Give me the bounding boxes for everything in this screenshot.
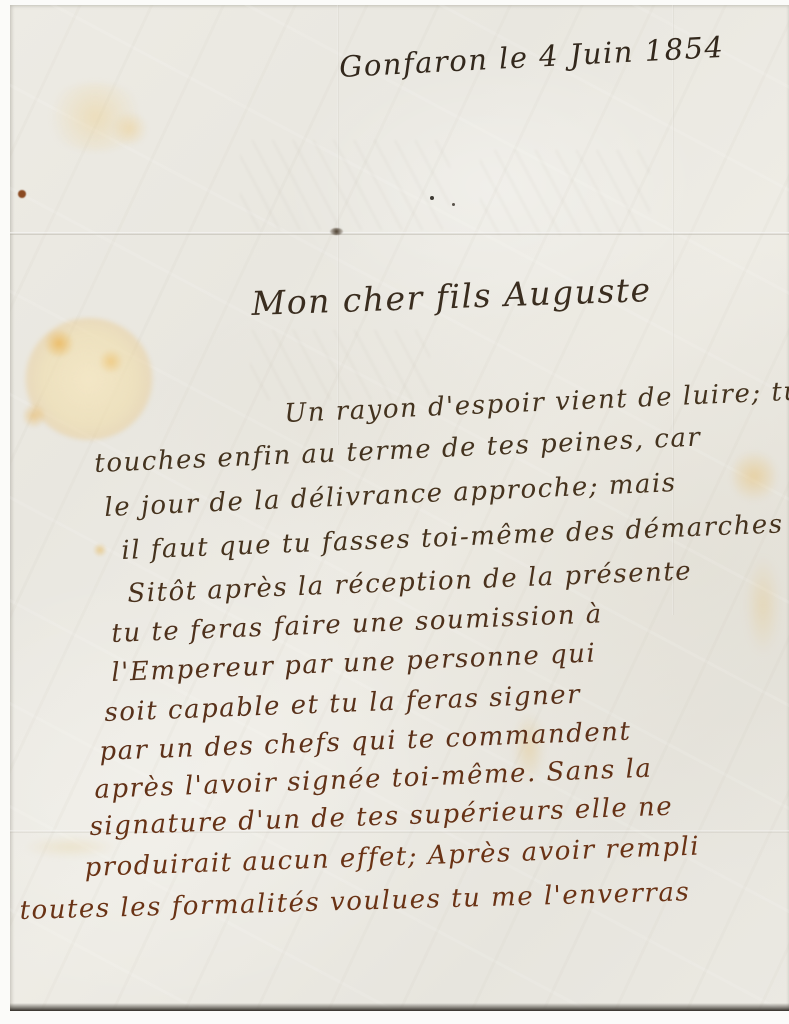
dark-speck (452, 203, 455, 206)
fold-pinch-hole (330, 228, 343, 235)
foxing-stain-right-edge (732, 448, 776, 504)
orange-stain-blob (43, 330, 75, 357)
ink-showthrough (240, 140, 450, 230)
foxing-stain-top-left (110, 113, 150, 145)
ink-showthrough (250, 330, 430, 400)
foxing-stain-right-edge (746, 557, 780, 653)
orange-stain-blob (98, 350, 124, 373)
foxing-speck (93, 543, 107, 557)
paper-bottom-edge-shadow (10, 1003, 789, 1011)
red-ink-dot (18, 190, 26, 198)
letter-paper: Gonfaron le 4 Juin 1854 Mon cher fils Au… (10, 5, 789, 1011)
scanned-letter-page: { "letter": { "dateline": "Gonfaron le 4… (0, 0, 789, 1024)
dark-speck (430, 196, 434, 200)
ink-showthrough (480, 150, 650, 235)
orange-stain-blob (23, 403, 45, 429)
